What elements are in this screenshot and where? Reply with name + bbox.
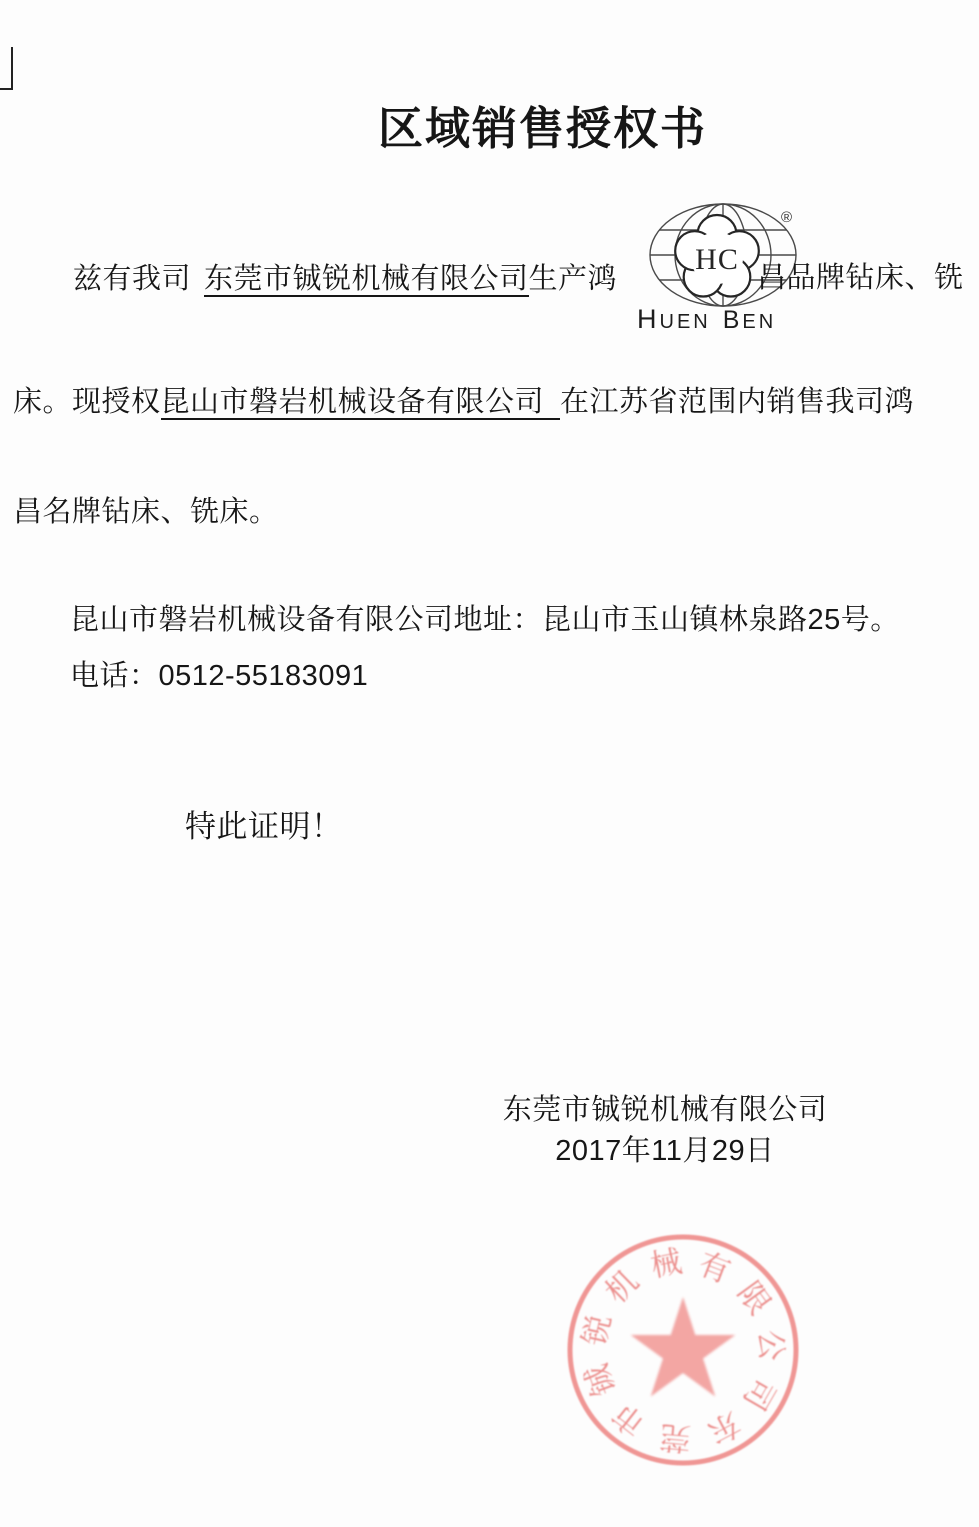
paragraph-line-1-tail: 昌品牌钻床、铣: [757, 255, 964, 296]
certify-statement: 特此证明！: [185, 801, 343, 846]
logo-brand-text: HUENBEN: [637, 304, 776, 334]
logo-monogram: HC: [695, 243, 739, 276]
distributor-phone-line: 电话：0512-55183091: [70, 653, 368, 694]
manufacturer-name-underlined: 东莞市铖锐机械有限公司: [204, 263, 529, 297]
svg-text:东: 东: [702, 1405, 746, 1450]
p2-lead-text: 床。现授权: [13, 386, 161, 418]
distributor-name-underlined: 昆山市磐岩机械设备有限公司: [161, 386, 561, 420]
document-page: 区域销售授权书 兹有我司东莞市铖锐机械有限公司生产鸿 HC ® HUENBEN …: [0, 0, 979, 1527]
svg-text:公: 公: [753, 1329, 790, 1362]
signature-block: 东莞市铖锐机械有限公司 2017年11月29日: [490, 1090, 840, 1172]
svg-text:莞: 莞: [658, 1419, 692, 1457]
paragraph-line-1: 兹有我司东莞市铖锐机械有限公司生产鸿: [73, 256, 617, 297]
svg-text:械: 械: [648, 1243, 685, 1283]
p2-after-text: 在江苏省范围内销售我司鸿: [560, 386, 914, 418]
svg-text:司: 司: [736, 1372, 782, 1416]
registered-trademark-icon: ®: [781, 209, 792, 226]
svg-text:锐: 锐: [577, 1311, 618, 1349]
page-title: 区域销售授权书: [378, 92, 707, 157]
scan-corner-mark-horizontal: [0, 88, 13, 90]
seal-star-icon: [631, 1297, 736, 1397]
paragraph-line-2: 床。现授权昆山市磐岩机械设备有限公司在江苏省范围内销售我司鸿: [13, 379, 914, 420]
paragraph-line-3: 昌名牌钻床、铣床。: [13, 489, 279, 530]
signature-company: 东莞市铖锐机械有限公司: [490, 1090, 840, 1131]
distributor-address-line: 昆山市磐岩机械设备有限公司地址：昆山市玉山镇林泉路25号。: [70, 597, 900, 638]
company-seal-stamp: 东 莞 市 铖 锐 机 械 有 限 公 司: [553, 1220, 813, 1480]
p1-lead-text: 兹有我司: [73, 263, 191, 295]
svg-text:有: 有: [694, 1246, 735, 1290]
signature-date: 2017年11月29日: [490, 1131, 840, 1172]
scan-corner-mark-vertical: [11, 47, 13, 89]
p1-after-text: 生产鸿: [529, 263, 618, 295]
svg-text:铖: 铖: [579, 1360, 622, 1401]
